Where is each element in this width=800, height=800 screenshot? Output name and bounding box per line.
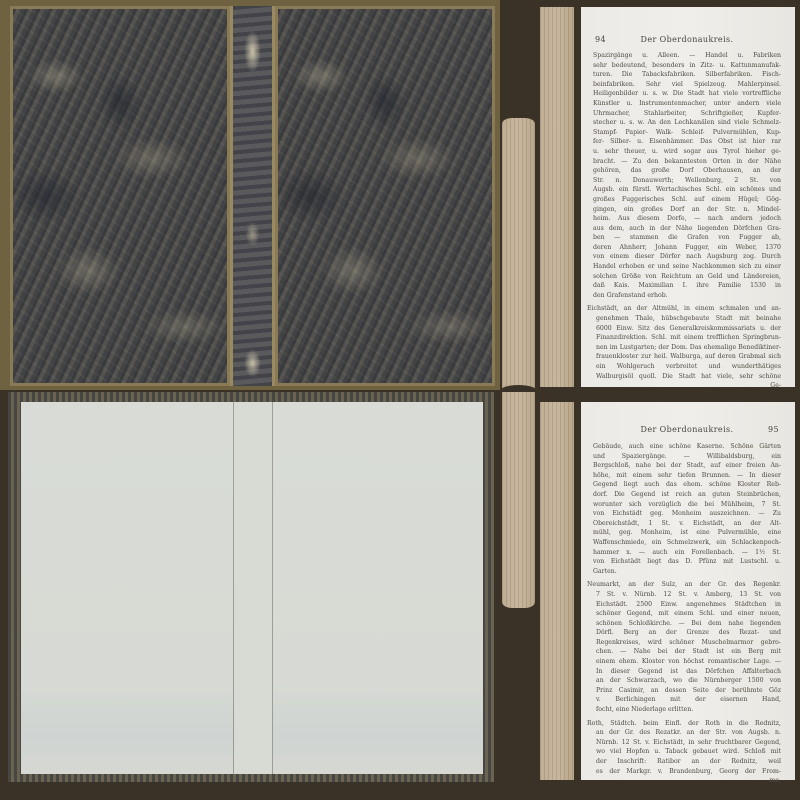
text-line: Prinz Casimir, an dessen Seite der berüh… [587,686,781,696]
text-line: genehmen Thale, hübschgebaute Stadt mit … [587,314,781,324]
text-line: daß Kais. Maximilian I. ihre Familie 153… [593,281,781,291]
page-95: Der Oberdonaukreis. 95 Gebäude, auch ein… [581,402,795,780]
text-line: der Inschrift: Ratibor an der Rednitz, w… [587,757,781,767]
pastedown-left [21,402,234,774]
text-line: bracht. — Zu den bekanntesten Orten in d… [593,157,781,167]
text-line: Nürnb. 12 St. v. Eichstädt, in sehr fruc… [587,738,781,748]
back-cover [10,6,230,386]
text-block-top-edge [502,118,535,390]
page-94: 94 Der Oberdonaukreis. Spazirgänge u. Al… [581,7,795,387]
text-line: hammer x. — auch ein Forellenbach. — 1½ … [593,548,781,558]
text-line: Bergschloß, nahe bei der Stadt, auf eine… [593,461,781,471]
text-line: dorf. Die Gegend ist reich an guten Stei… [593,490,781,500]
text-line: fer- Silber- u. Eisenhämmer. Das Obst is… [593,137,781,147]
text-line: Spazirgänge u. Alleen. — Handel u. Fabri… [593,51,781,61]
paragraph-augsburg-continued: Spazirgänge u. Alleen. — Handel u. Fabri… [593,51,781,300]
text-line: focht, eine Niederlage erlitten. [587,705,781,715]
text-line: wo viel Hopfen u. Taback gebauet wird. S… [587,747,781,757]
text-line: u. sehr theuer, u. wird sogar aus Tyrol … [593,147,781,157]
text-line: Künstler u. Instrumentenmacher, unter an… [593,99,781,109]
text-line: Dörfl. Berg an der Grenze des Rezat- und [587,628,781,638]
text-line: In dieser Gegend ist das Dörfchen Affalt… [587,667,781,677]
text-line: Obereichstädt, 1 St. v. Eichstädt, an de… [593,519,781,529]
text-line: von Eichstädt liegt das D. Pfünz mit Lus… [593,557,781,567]
text-line: 6000 Einw. Sitz des Generalkreiskommissa… [587,324,781,334]
paragraph-eichstaedt-continued: Gebäude, auch eine schöne Kaserne. Schön… [593,442,781,576]
text-line: deren Ahnherr, Johann Fugger, ein Weber,… [593,243,781,253]
running-head-title: Der Oberdonaukreis. [595,425,779,434]
text-line: und Spaziergänge. — Willibaldsburg, ein [593,452,781,462]
text-line: Regenkreises, wird schöner Muschelmarmor… [587,638,781,648]
text-line: Handel erhoben er und seine Nachkommen s… [593,262,781,272]
text-line: höhe, mit einem sehr tiefen Brunnen. — I… [593,471,781,481]
text-line: solchen Größe von Reichtum an Geld und L… [593,272,781,282]
text-line: Waffenschmiede, ein Schmelzwerk, ein Sch… [593,538,781,548]
text-line: Eichstädt. 2500 Einw. angenehmes Städtch… [587,600,781,610]
text-line: schönen Schloßkirche. — Bei dem nahe lie… [587,619,781,629]
text-line: Str. n. Donauwerth; Wellenburg, 2 St. vo… [593,176,781,186]
catchword: me, [587,776,781,786]
running-head-title: Der Oberdonaukreis. [595,35,779,44]
pastedown-spine-strip [234,402,272,774]
text-line: worunter sich vorzüglich die bei Mühlhei… [593,500,781,510]
text-line: beinfabriken. Sehr viel Spielzeug. Mahle… [593,80,781,90]
text-line: Augsb. ein fürstl. Wertachisches Schl. e… [593,185,781,195]
text-block-bottom-edge [502,392,535,608]
text-line: v. Berlichingen mit der eisernen Hand, [587,695,781,705]
text-line: an der Schwarzach, wo die Nürnberger 150… [587,676,781,686]
text-line: Uhrmacher, Stahlarbeiter, Schriftgießer,… [593,109,781,119]
text-line: Gegend liegt auch das ehem. schöne Klost… [593,480,781,490]
text-line: gehören, das große Dorf Oberhausen, an d… [593,166,781,176]
text-line: Walburgisöl quoll. Die Stadt hat viele, … [587,372,781,382]
text-line: den Grafenstand erhob. [593,291,781,301]
text-line: nen im Lustgarten; der Dom. Das ehemalig… [587,343,781,353]
text-line: von Eichstädt geg. Monheim auszeichnen. … [593,509,781,519]
text-line: heim. Aus diesem Dorfe, — nach andern je… [593,214,781,224]
text-line: einem ehem. Kloster von höchst romantisc… [587,657,781,667]
entry-lemma-line: Roth, Städtch. beim Einfl. der Roth in d… [587,719,781,729]
text-line: sehr bedeutend, besonders in Zitz- u. Ka… [593,61,781,71]
entry-eichstaedt: Eichstädt, an der Altmühl, in einem schm… [587,304,781,390]
text-line: chen. — Nahe bei der Stadt ist ein Berg … [587,647,781,657]
pastedown-right [272,402,483,774]
hinge-line-left [233,402,234,774]
text-line: Heiligenbilder u. s. w. Die Stadt hat vi… [593,89,781,99]
text-line: ben — stammen die Grafen von Fugger ab, [593,233,781,243]
spine [230,6,275,386]
text-line: Gebäude, auch eine schöne Kaserne. Schön… [593,442,781,452]
entry-roth: Roth, Städtch. beim Einfl. der Roth in d… [587,719,781,786]
body-text: Gebäude, auch eine schöne Kaserne. Schön… [593,442,781,786]
entry-lemma-line: Eichstädt, an der Altmühl, in einem schm… [587,304,781,314]
text-line: schöner Gegend, mit einem Schl. und eine… [587,609,781,619]
text-line: an der Gr. des Rezatkr. an der Str. von … [587,728,781,738]
text-line: frauenkloster zur heil. Walburga, auf de… [587,352,781,362]
entry-neumarkt: Neumarkt, an der Sulz, an der Gr. des Re… [587,580,781,714]
text-line: großes Fuggerisches Schl. auf einem Hüge… [593,195,781,205]
text-line: es der Markgr. v. Brandenburg, Georg der… [587,767,781,777]
text-line: gingen, ein großes Dorf an der Str. n. M… [593,205,781,215]
text-line: turen. Die Tabacksfabriken. Silberfabrik… [593,70,781,80]
text-line: stecher u. s. w. An den Lechkanälen sind… [593,118,781,128]
entry-lemma-line: Neumarkt, an der Sulz, an der Gr. des Re… [587,580,781,590]
text-line: mühl, geg. Monheim, ist eine Pulvermühle… [593,528,781,538]
text-line: aus dem, auch in der Nähe liegenden Dörf… [593,224,781,234]
catchword: Ge- [587,381,781,391]
text-line: von einem dieser Dörfer nach Augsburg zo… [593,252,781,262]
text-line: Finanzdirektion. Schl. mit einem treffli… [587,333,781,343]
text-line: 7 St. v. Nürnb. 12 St. v. Amberg, 13 St.… [587,590,781,600]
fore-edge-upper [540,7,574,387]
fore-edge-lower [540,402,574,780]
body-text: Spazirgänge u. Alleen. — Handel u. Fabri… [593,51,781,391]
text-line: ein Wohlgeruch verbreitet und wunderthät… [587,362,781,372]
hinge-line-right [272,402,273,774]
front-cover [275,6,495,386]
page-number: 95 [768,425,779,434]
text-line: Garten. [593,567,781,577]
text-line: Stampf- Papier- Walk- Schleif- Pulvermüh… [593,128,781,138]
